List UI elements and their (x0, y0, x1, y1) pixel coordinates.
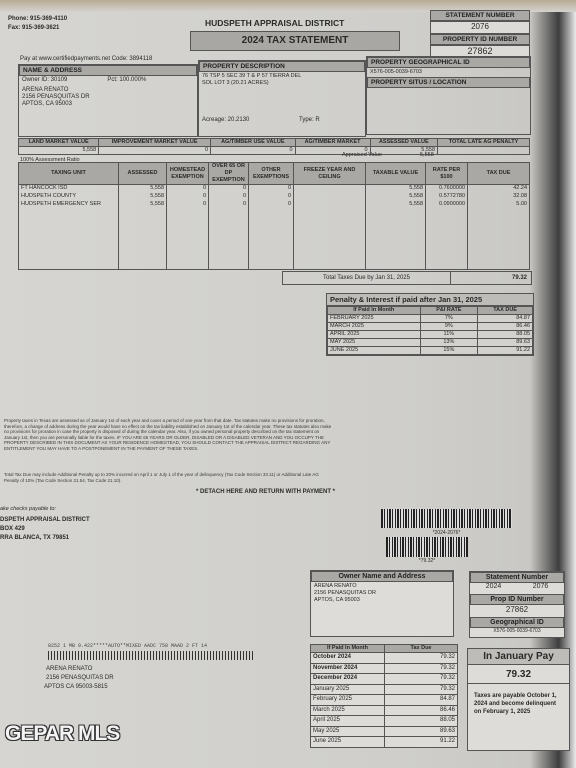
stub-month-header: Tax Due (385, 645, 458, 653)
stub-ids-box: Statement Number 2024 2076 Prop ID Numbe… (469, 571, 565, 638)
tax-header: TAX DUE (468, 163, 530, 185)
month-row: November 202479.32 (311, 663, 458, 674)
owner-name: ARENA RENATO (19, 85, 197, 94)
penalty-cell: 84.87 (478, 315, 533, 323)
stub-owner-city: APTOS, CA 95003 (311, 597, 453, 604)
owner-pct: Pct: 100.000% (107, 77, 146, 84)
penalty-title: Penalty & Interest if paid after Jan 31,… (327, 294, 533, 306)
tax-header: OTHER EXEMPTIONS (249, 163, 294, 185)
penalty-row: APRIL 202511%88.05 (328, 331, 533, 339)
january-pay-label: In January Pay (468, 649, 569, 665)
month-cell: 79.32 (385, 653, 458, 664)
tax-cell: 0 (167, 193, 209, 201)
tax-cell-empty (468, 209, 530, 270)
month-cell: 88.05 (385, 716, 458, 727)
tax-cell-empty (294, 209, 366, 270)
property-description-line2: SOL LOT 3 (20.21 ACRES) (199, 80, 365, 87)
month-row: March 202586.46 (311, 705, 458, 716)
penalty-cell: 15% (420, 347, 478, 355)
tax-cell: 0.7600000 (426, 185, 468, 193)
improvement-market-value: 0 (99, 147, 211, 155)
appraised-value: 5,558 (420, 152, 434, 159)
stub-prop-label: Prop ID Number (470, 594, 564, 605)
property-description-section: PROPERTY DESCRIPTION 76 TSP 5 SEC 39 T &… (198, 60, 366, 137)
penalty-cell: MARCH 2025 (328, 323, 421, 331)
month-row: January 202579.32 (311, 684, 458, 695)
district-phone: Phone: 915-369-4110 (8, 16, 67, 23)
stub-statement-year: 2024 (486, 583, 502, 594)
statement-number: 2076 (430, 21, 530, 34)
geo-id-label: PROPERTY GEOGRAPHICAL ID (367, 57, 530, 68)
tax-header: RATE PER $100 (426, 163, 468, 185)
stub-geo-label: Geographical ID (470, 617, 564, 628)
owner-street: 2156 PENASQUITAS DR (19, 94, 197, 101)
tax-cell: 0 (249, 201, 294, 209)
values-header: LAND MARKET VALUE (19, 139, 99, 147)
tax-header: FREEZE YEAR AND CEILING (294, 163, 366, 185)
penalty-row: FEBRUARY 20257%84.87 (328, 315, 533, 323)
tax-table-row: HUDSPETH EMERGENCY SER5,5580005,5580.090… (19, 201, 530, 209)
total-due-amount: 79.32 (451, 272, 531, 284)
tax-cell: 0.0900000 (426, 201, 468, 209)
land-market-value: 5,558 (19, 147, 99, 155)
name-address-label: NAME & ADDRESS (19, 65, 197, 76)
postal-barcode (48, 651, 253, 660)
penalty-cell: 86.46 (478, 323, 533, 331)
pay-online-line: Pay at www.certifiedpayments.net Code: 3… (20, 56, 152, 63)
month-cell: 84.87 (385, 695, 458, 706)
values-header: IMPROVEMENT MARKET VALUE (99, 139, 211, 147)
penalty-header: P&I RATE (420, 307, 478, 315)
month-row: June 202591.22 (311, 737, 458, 748)
values-header: AG/TIMBER MARKET (295, 139, 370, 147)
penalty-cell: FEBRUARY 2025 (328, 315, 421, 323)
statement-box: STATEMENT NUMBER 2076 PROPERTY ID NUMBER… (430, 10, 530, 60)
values-header: TOTAL LATE AG PENALTY (438, 139, 530, 147)
penalty-cell: 91.22 (478, 347, 533, 355)
statement-barcode-text: *2024-2076* (381, 530, 512, 537)
tax-header: TAXING UNIT (19, 163, 119, 185)
month-cell: 79.32 (385, 684, 458, 695)
tax-cell-empty (119, 209, 167, 270)
mail-name: ARENA RENATO (46, 666, 92, 673)
month-row: December 202479.32 (311, 674, 458, 685)
tax-header: ASSESSED (119, 163, 167, 185)
tax-cell: 0 (167, 201, 209, 209)
penalty-cell: MAY 2025 (328, 339, 421, 347)
stub-statement-label: Statement Number (470, 572, 564, 583)
tax-table-row: FT HANCOCK ISD5,5580005,5580.760000042.2… (19, 185, 530, 193)
statement-number-label: STATEMENT NUMBER (430, 10, 530, 21)
remit-line2: BOX 429 (0, 526, 25, 533)
stub-geo-id: X576-005-0039-6703 (470, 628, 564, 637)
month-cell: 79.32 (385, 674, 458, 685)
tax-cell: 0.5772780 (426, 193, 468, 201)
situs-value (367, 88, 530, 90)
property-description-line1: 76 TSP 5 SEC 39 T & P 57 TIERRA DEL (199, 72, 365, 80)
tax-cell: 5,558 (119, 201, 167, 209)
tax-header: TAXABLE VALUE (366, 163, 426, 185)
total-due-label: Total Taxes Due by Jan 31, 2025 (283, 272, 451, 284)
month-row: May 202589.63 (311, 726, 458, 737)
tax-cell (294, 185, 366, 193)
penalty-cell: 9% (420, 323, 478, 331)
tax-cell-empty (19, 209, 119, 270)
remit-line3: RRA BLANCA, TX 79851 (0, 535, 69, 542)
fine-print-paragraph: Property taxes in Texas are assessed as … (4, 418, 334, 452)
amount-barcode-text: *79.32* (386, 558, 468, 565)
values-header: ASSESSED VALUE (370, 139, 437, 147)
stub-month-header: If Paid In Month (311, 645, 385, 653)
remit-line1: DSPETH APPRAISAL DISTRICT (0, 517, 90, 524)
penalty-row: MARCH 20259%86.46 (328, 323, 533, 331)
month-cell: 86.46 (385, 705, 458, 716)
penalty-row: JUNE 202515%91.22 (328, 347, 533, 355)
values-table: LAND MARKET VALUE IMPROVEMENT MARKET VAL… (18, 138, 530, 155)
district-name: HUDSPETH APPRAISAL DISTRICT (205, 18, 344, 28)
mail-code: 8252 1 MB 0.422*****AUTO**MIXED AADC 750… (48, 643, 207, 649)
checks-payable-label: ake checks payable to: (0, 506, 56, 513)
month-cell: November 2024 (311, 663, 385, 674)
tax-cell-empty (209, 209, 249, 270)
month-cell: February 2025 (311, 695, 385, 706)
tax-header: HOMESTEAD EXEMPTION (167, 163, 209, 185)
tax-units-table: TAXING UNIT ASSESSED HOMESTEAD EXEMPTION… (18, 162, 530, 270)
month-cell: 89.63 (385, 726, 458, 737)
tax-cell (294, 193, 366, 201)
tax-cell: 0 (209, 185, 249, 193)
penalty-cell: 13% (420, 339, 478, 347)
statement-title: 2024 TAX STATEMENT (190, 31, 400, 51)
tax-cell-empty (167, 209, 209, 270)
mail-street: 2156 PENASQUITAS DR (46, 675, 114, 682)
month-row: April 202588.05 (311, 716, 458, 727)
name-address-section: NAME & ADDRESS Owner ID: 30109 Pct: 100.… (18, 64, 198, 137)
stub-statement-row: 2024 2076 (470, 583, 564, 594)
tax-cell: HUDSPETH COUNTY (19, 193, 119, 201)
tax-cell: 0 (249, 185, 294, 193)
tax-cell-empty (249, 209, 294, 270)
penalty-cell: 11% (420, 331, 478, 339)
acreage: Acreage: 20.2130 (202, 117, 249, 124)
payable-note: Taxes are payable October 1, 2024 and be… (468, 684, 569, 724)
tax-cell-empty (426, 209, 468, 270)
total-due-box: Total Taxes Due by Jan 31, 2025 79.32 (282, 271, 532, 285)
tax-cell-empty (366, 209, 426, 270)
tax-cell: 0 (167, 185, 209, 193)
tax-cell (294, 201, 366, 209)
penalty-section: Penalty & Interest if paid after Jan 31,… (326, 293, 534, 356)
month-row: February 202584.87 (311, 695, 458, 706)
month-cell: October 2024 (311, 653, 385, 664)
tax-cell: 32.08 (468, 193, 530, 201)
month-cell: June 2025 (311, 737, 385, 748)
district-fax: Fax: 915-369-3621 (8, 25, 59, 32)
detach-notice: * DETACH HERE AND RETURN WITH PAYMENT * (196, 489, 335, 495)
tax-cell: 5,558 (366, 185, 426, 193)
penalty-header: TAX DUE (478, 307, 533, 315)
month-cell: May 2025 (311, 726, 385, 737)
penalty-header: If Paid In Month (328, 307, 421, 315)
tax-cell: 5.00 (468, 201, 530, 209)
month-cell: December 2024 (311, 674, 385, 685)
stub-owner-street: 2156 PENASQUITAS DR (311, 590, 453, 597)
stub-prop-id: 27862 (470, 605, 564, 617)
month-cell: 79.32 (385, 663, 458, 674)
tax-cell: 0 (209, 201, 249, 209)
tax-cell: HUDSPETH EMERGENCY SER (19, 201, 119, 209)
geo-id: X576-005-0039-6703 (367, 68, 530, 77)
penalty-cell: JUNE 2025 (328, 347, 421, 355)
owner-city: APTOS, CA 95003 (19, 101, 197, 108)
penalty-table: If Paid In Month P&I RATE TAX DUE FEBRUA… (327, 306, 533, 355)
penalty-cell: 7% (420, 315, 478, 323)
stub-owner-name: ARENA RENATO (311, 582, 453, 590)
stub-owner-box: Owner Name and Address ARENA RENATO 2156… (310, 570, 454, 637)
appraised-label: Appraised Value (342, 152, 382, 159)
tax-table-filler (19, 209, 530, 270)
january-pay-amount: 79.32 (468, 665, 569, 684)
stub-months-table: If Paid In Month Tax Due October 202479.… (310, 644, 458, 748)
penalty-row: MAY 202513%89.63 (328, 339, 533, 347)
january-pay-box: In January Pay 79.32 Taxes are payable O… (467, 648, 570, 751)
fine-print-penalty: Total Tax Due may include Additional Pen… (4, 472, 334, 483)
penalty-cell: 89.63 (478, 339, 533, 347)
tax-cell: 5,558 (119, 185, 167, 193)
month-cell: January 2025 (311, 684, 385, 695)
tax-header: OVER 65 OR DP EXEMPTION (209, 163, 249, 185)
amount-barcode (386, 537, 468, 557)
tax-cell: FT HANCOCK ISD (19, 185, 119, 193)
month-row: October 202479.32 (311, 653, 458, 664)
month-cell: March 2025 (311, 705, 385, 716)
month-cell: April 2025 (311, 716, 385, 727)
penalty-cell: 88.05 (478, 331, 533, 339)
mls-watermark: GEPAR MLS (5, 722, 119, 746)
tax-cell: 5,558 (119, 193, 167, 201)
tax-cell: 0 (209, 193, 249, 201)
tax-cell: 5,558 (366, 201, 426, 209)
property-id-label: PROPERTY ID NUMBER (430, 34, 530, 45)
ag-use-value: 0 (211, 147, 295, 155)
stub-owner-label: Owner Name and Address (311, 571, 453, 582)
tax-table-row: HUDSPETH COUNTY5,5580005,5580.577278032.… (19, 193, 530, 201)
statement-barcode (381, 509, 512, 528)
month-cell: 91.22 (385, 737, 458, 748)
property-description-label: PROPERTY DESCRIPTION (199, 61, 365, 72)
property-type: Type: R (299, 117, 320, 124)
mail-city: APTOS CA 95003-5815 (44, 684, 108, 691)
tax-cell: 0 (249, 193, 294, 201)
penalty-cell: APRIL 2025 (328, 331, 421, 339)
situs-label: PROPERTY SITUS / LOCATION (367, 77, 530, 88)
tax-cell: 42.24 (468, 185, 530, 193)
geo-situs-section: PROPERTY GEOGRAPHICAL ID X576-005-0039-6… (366, 56, 531, 135)
stub-statement-number: 2076 (533, 583, 549, 594)
values-header: AG/TIMBER USE VALUE (211, 139, 295, 147)
owner-id: Owner ID: 30109 (22, 77, 67, 84)
tax-cell: 5,558 (366, 193, 426, 201)
late-ag-penalty (438, 147, 530, 155)
